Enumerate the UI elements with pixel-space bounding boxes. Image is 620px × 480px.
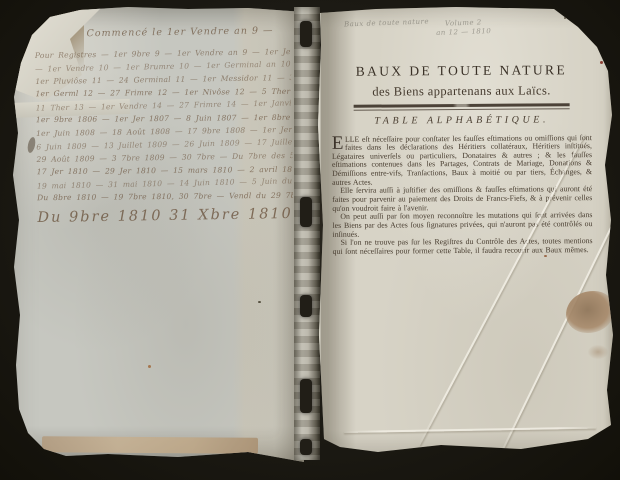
foxing-speck [148, 365, 151, 368]
paper-crease [344, 427, 596, 433]
stitch-hole [300, 379, 312, 413]
manuscript-heading: Commencé le 1er Vendre an 9 — [86, 25, 290, 39]
worn-bottom-band [42, 436, 258, 454]
drop-cap: E [332, 135, 345, 152]
rule-thick-line [354, 103, 570, 107]
printed-text-block: BAUX DE TOUTE NATURE des Biens appartena… [331, 62, 592, 256]
ink-fleck [564, 17, 566, 19]
foxing-speck [544, 255, 547, 257]
scanned-book-spread: Commencé le 1er Vendre an 9 — Pour Regis… [0, 0, 620, 480]
pencil-annotation-left: Baux de toute nature [344, 18, 429, 29]
ink-smudge [26, 136, 36, 153]
pencil-annotation-right: Volume 2 an 12 — 1810 [436, 18, 492, 38]
paragraph-4: Si l'on ne trouve pas ſur les Regiſtres … [333, 237, 593, 256]
page-title: BAUX DE TOUTE NATURE [331, 62, 591, 79]
pencil-annotation-line: an 12 — 1810 [436, 27, 491, 38]
manuscript-line: Du 8bre 1810 — 19 7bre 1810, 30 7bre — V… [37, 189, 293, 204]
book-spine-stitching [294, 7, 320, 460]
paragraph-3: On peut auſſi par ſon moyen reconnoître … [332, 211, 592, 239]
water-stain-small [588, 345, 608, 359]
stitch-hole [300, 197, 312, 227]
printed-title-page: Baux de toute nature Volume 2 an 12 — 18… [316, 5, 616, 463]
section-heading: TABLE ALPHABÉTIQUE. [332, 114, 592, 128]
manuscript-final-line: Du 9bre 1810 31 Xbre 1810 [37, 206, 293, 226]
ink-fleck [600, 61, 603, 64]
manuscript-index: Commencé le 1er Vendre an 9 — Pour Regis… [34, 25, 293, 226]
stitch-hole [300, 21, 312, 47]
book-cover-inner-page: Commencé le 1er Vendre an 9 — Pour Regis… [8, 5, 304, 462]
page-subtitle: des Biens appartenans aux Laïcs. [331, 83, 591, 99]
paragraph-1: ELLE eſt néceſſaire pour conſtater les f… [332, 134, 592, 188]
foxing-speck [258, 301, 261, 303]
stitch-hole [300, 439, 312, 455]
stitch-hole [300, 295, 312, 317]
body-text: ELLE eſt néceſſaire pour conſtater les f… [332, 134, 593, 257]
paragraph-1-text: LLE eſt néceſſaire pour conſtater les fa… [332, 133, 592, 187]
water-stain [566, 291, 614, 333]
ornamental-double-rule [354, 103, 570, 110]
rule-thin-line [354, 108, 570, 111]
